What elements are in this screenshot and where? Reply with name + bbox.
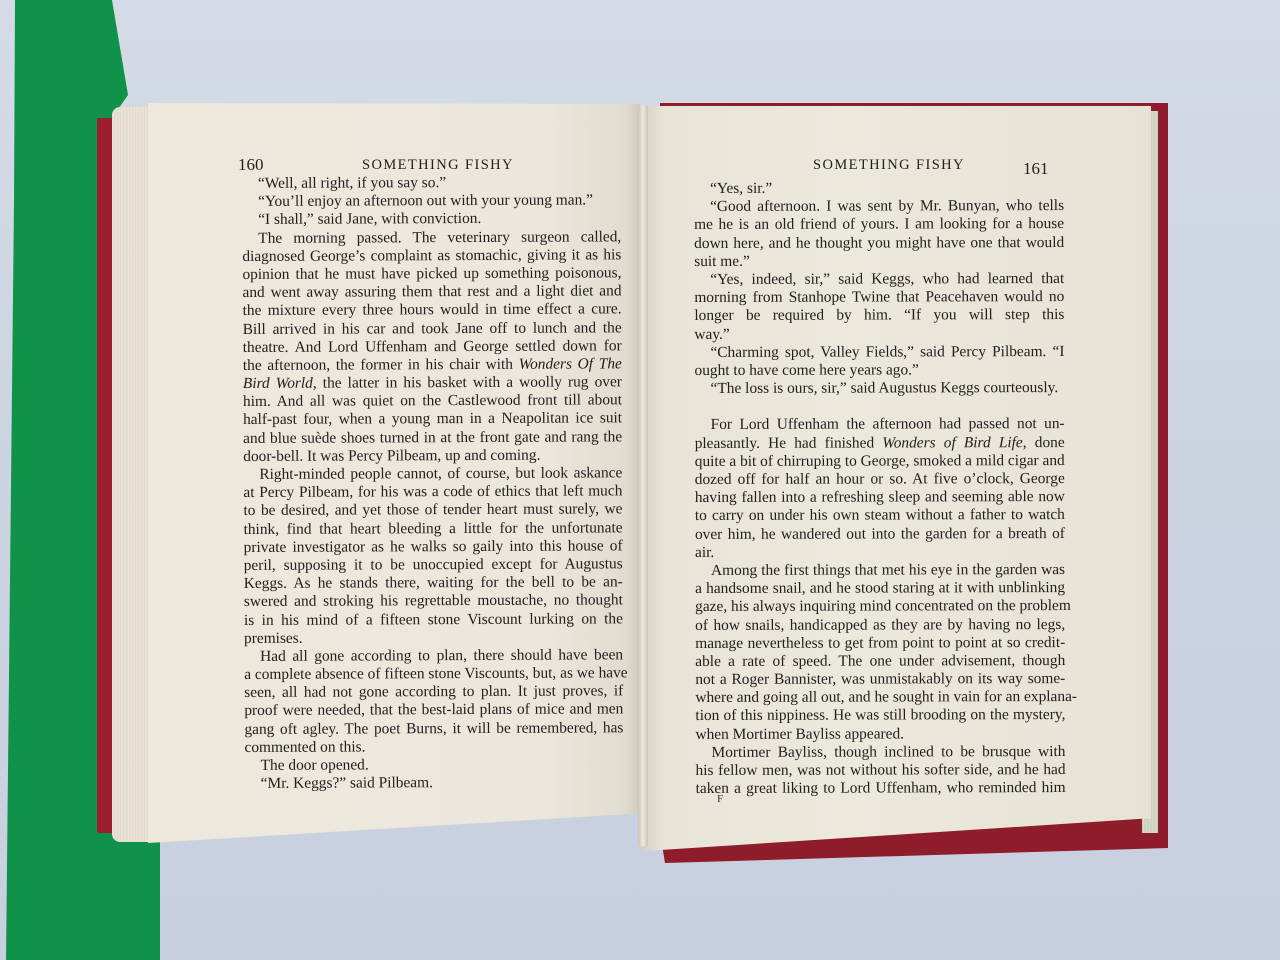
text-line: pleasantly. He had finished Wonders of B… (695, 434, 1065, 453)
text-line: morning from Stanhope Twine that Peaceha… (694, 288, 1064, 307)
text-line: half-past four, when a young man in a Ne… (243, 410, 622, 430)
right-page-text: “Yes, sir.”“Good afternoon. I was sent b… (694, 179, 1066, 798)
text-line: his fellow men, was not without his soft… (696, 761, 1066, 780)
text-line: The door opened. (245, 755, 624, 775)
left-page-number: 160 (238, 155, 264, 175)
text-line: me he is an old friend of yours. I am lo… (694, 215, 1064, 234)
text-line: the afternoon, the former in his chair w… (243, 355, 622, 375)
text-line: swered and stroking his regrettable mous… (244, 592, 623, 612)
text-line: at Percy Pilbeam, for his was a code of … (243, 483, 622, 503)
text-line: “Charming spot, Valley Fields,” said Per… (694, 343, 1064, 362)
text-line: of how snails, handicapped as they are b… (695, 616, 1065, 635)
text-line: The morning passed. The veterinary surge… (242, 228, 621, 248)
text-line: is in his mind of a fifteen stone Viscou… (244, 610, 623, 630)
text-line: him. And all was quiet on the Castlewood… (243, 392, 622, 412)
text-line: Among the first things that met his eye … (695, 561, 1065, 580)
right-page-number: 161 (1023, 159, 1049, 179)
text-line: having fallen into a refreshing sleep an… (695, 488, 1065, 507)
text-line: door-bell. It was Percy Pilbeam, up and … (243, 446, 622, 466)
text-line: proof were needed, that the best-laid pl… (244, 701, 623, 721)
text-line: manage nevertheless to get from point to… (695, 634, 1065, 653)
text-line: taken a great liking to Lord Uffenham, w… (696, 779, 1066, 798)
text-line: Bill arrived in his car and took Jane of… (243, 319, 622, 339)
text-line: to be desired, and yet those of tender h… (243, 501, 622, 521)
text-line: way.” (694, 325, 1064, 344)
printer-signature-mark: F (717, 793, 723, 805)
text-line: a complete absence of fifteen stone Visc… (244, 664, 623, 684)
text-line: and blue suède shoes turned in at the fr… (243, 428, 622, 448)
text-line: over him, he wandered out into the garde… (695, 525, 1065, 544)
text-line: “Good afternoon. I was sent by Mr. Bunya… (694, 197, 1064, 216)
text-line: “Yes, sir.” (694, 179, 1064, 198)
text-line: Mortimer Bayliss, though inclined to be … (695, 743, 1065, 762)
text-line: able a rate of speed. The one under advi… (695, 652, 1065, 671)
text-line: opinion that he must have picked up some… (242, 264, 621, 284)
text-line: Had all gone according to plan, there sh… (244, 646, 623, 666)
text-line: suit me.” (694, 252, 1064, 271)
text-line: peril, supposing it to be unoccupied exc… (244, 555, 623, 575)
text-line: Keggs. As he stands there, waiting for t… (244, 573, 623, 593)
text-line: a handsome snail, and he stood staring a… (695, 579, 1065, 598)
text-line: to carry on under his own steam without … (695, 506, 1065, 525)
text-line: “Well, all right, if you say so.” (242, 173, 621, 193)
text-line: down here, and he thought you might have… (694, 234, 1064, 253)
text-line: the mixture every three hours would in t… (243, 301, 622, 321)
text-line: dozed off for half an hour or so. At fiv… (695, 470, 1065, 489)
text-line: not a Roger Bannister, was unmistakably … (695, 670, 1065, 689)
text-line: “You’ll enjoy an afternoon out with your… (242, 192, 621, 212)
text-line: private investigator as he walks so gail… (244, 537, 623, 557)
text-line: quite a bit of chirruping to George, smo… (695, 452, 1065, 471)
text-line: “I shall,” said Jane, with conviction. (242, 210, 621, 230)
text-line: commented on this. (244, 737, 623, 757)
right-running-head: SOMETHING FISHY (813, 157, 965, 174)
text-line (695, 397, 1065, 416)
text-line: premises. (244, 628, 623, 648)
text-line: “The loss is ours, sir,” said Augustus K… (695, 379, 1065, 398)
text-line: diagnosed George’s complaint as stomachi… (242, 246, 621, 266)
text-line: tion of this nippiness. He was still bro… (695, 706, 1065, 725)
text-line: seen, all had not gone according to plan… (244, 683, 623, 703)
text-line: Right-minded people cannot, of course, b… (243, 464, 622, 484)
text-line: For Lord Uffenham the afternoon had pass… (695, 415, 1065, 434)
text-line: think, find that heart bleeding a little… (244, 519, 623, 539)
text-line: “Mr. Keggs?” said Pilbeam. (245, 774, 624, 794)
text-line: when Mortimer Bayliss appeared. (695, 725, 1065, 744)
page-block-left (112, 107, 152, 842)
book-gutter (638, 106, 648, 846)
text-line: where and going all out, and he sought i… (695, 688, 1065, 707)
text-line: “Yes, indeed, sir,” said Keggs, who had … (694, 270, 1064, 289)
text-line: Bird World, the latter in his basket wit… (243, 373, 622, 393)
text-line: gaze, his always inquiring mind concentr… (695, 597, 1065, 616)
text-line: theatre. And Lord Uffenham and George se… (243, 337, 622, 357)
text-line: air. (695, 543, 1065, 562)
text-line: and went away assuring them that rest an… (242, 282, 621, 302)
left-page-text: “Well, all right, if you say so.”“You’ll… (242, 173, 624, 793)
text-line: longer be required by him. “If you will … (694, 306, 1064, 325)
text-line: ought to have come here years ago.” (694, 361, 1064, 380)
left-running-head: SOMETHING FISHY (362, 157, 514, 174)
text-line: gang oft agley. The poet Burns, it will … (244, 719, 623, 739)
